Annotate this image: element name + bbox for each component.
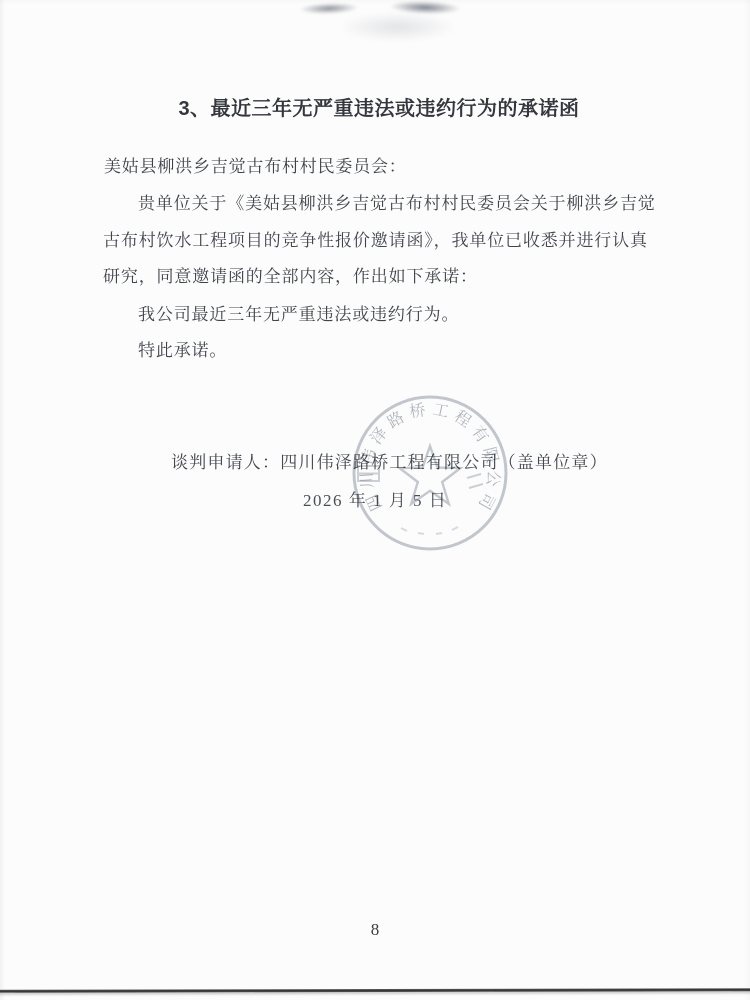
signature-line: 谈判申请人：四川伟泽路桥工程有限公司（盖单位章） [171, 448, 608, 473]
signature-date: 2026 年 1 月 5 日 [303, 486, 447, 511]
applicant-company: 四川伟泽路桥工程有限公司 [280, 453, 498, 472]
scan-edge-line [0, 988, 750, 993]
salutation: 美姑县柳洪乡吉觉古布村村民委员会： [104, 152, 407, 177]
body-line: 研究，同意邀请函的全部内容，作出如下承诺： [103, 262, 478, 287]
applicant-label: 谈判申请人： [171, 453, 280, 472]
ink-smudge [338, 12, 458, 42]
seal-bottom-dashes [401, 527, 458, 534]
body-line: 我公司最近三年无严重违法或违约行为。 [103, 300, 459, 325]
body-line: 古布村饮水工程项目的竞争性报价邀请函》，我单位已收悉并进行认真 [103, 226, 648, 251]
document-page: 3、最近三年无严重违法或违约行为的承诺函 美姑县柳洪乡吉觉古布村村民委员会： 贵… [0, 0, 750, 1000]
ink-smudge [390, 0, 460, 15]
page-title: 3、最近三年无严重违法或违约行为的承诺函 [103, 92, 655, 121]
company-seal: 四川伟泽路桥工程有限公司 [348, 392, 512, 556]
seal-note: （盖单位章） [499, 453, 608, 472]
page-number: 8 [0, 920, 750, 940]
body-line: 贵单位关于《美姑县柳洪乡吉觉古布村村民委员会关于柳洪乡吉觉 [103, 189, 656, 214]
body-line: 特此承诺。 [103, 336, 227, 361]
seal-ring [354, 397, 506, 549]
ink-smudge [300, 2, 358, 15]
